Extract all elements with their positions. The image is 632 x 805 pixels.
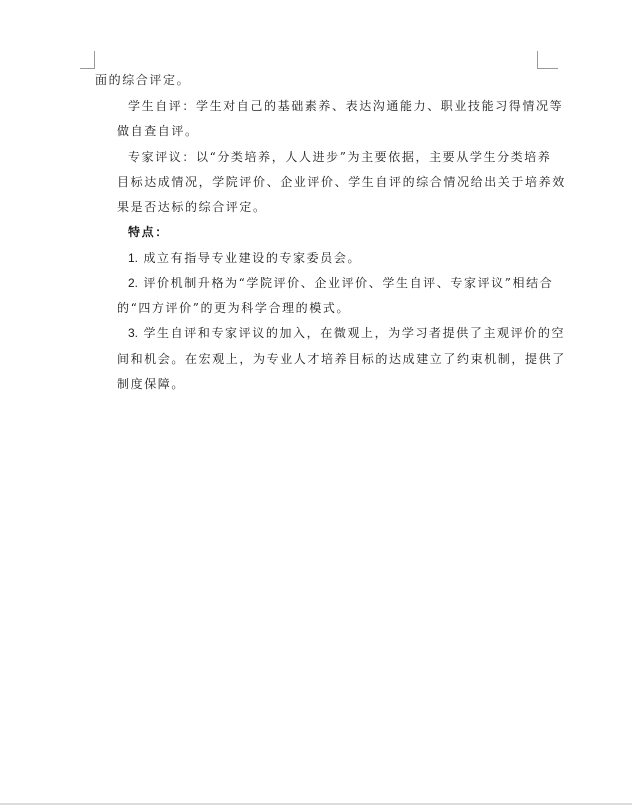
list-number: 3. <box>128 326 138 340</box>
text-line: 做自查自评。 <box>117 124 199 138</box>
paragraph-expert-review: 专家评议：以“分类培养，人人进步”为主要依据，主要从学生分类培养 <box>128 147 551 167</box>
page-corner-mark-top-left <box>80 51 95 69</box>
feature-item-3-cont: 制度保障。 <box>117 374 185 394</box>
text-line: 专家评议：以“分类培养，人人进步”为主要依据，主要从学生分类培养 <box>128 150 551 164</box>
page-corner-mark-top-right <box>537 51 558 69</box>
paragraph-expert-review-cont: 果是否达标的综合评定。 <box>117 197 267 217</box>
list-number: 1. <box>128 251 138 265</box>
text-line: 成立有指导专业建设的专家委员会。 <box>143 251 361 265</box>
text-line: 目标达成情况，学院评价、企业评价、学生自评的综合情况给出关于培养效 <box>117 175 566 189</box>
paragraph-continuation-line: 面的综合评定。 <box>95 70 190 90</box>
paragraph-student-self-evaluation: 学生自评：学生对自己的基础素养、表达沟通能力、职业技能习得情况等 <box>128 96 563 116</box>
paragraph-expert-review-cont: 目标达成情况，学院评价、企业评价、学生自评的综合情况给出关于培养效 <box>117 172 566 192</box>
list-number: 2. <box>128 276 138 290</box>
feature-item-2: 2. 评价机制升格为“学院评价、企业评价、学生自评、专家评议”相结合 <box>128 273 553 293</box>
text-line: 制度保障。 <box>117 377 185 391</box>
text-line: 学生自评和专家评议的加入，在微观上，为学习者提供了主观评价的空 <box>143 326 565 340</box>
feature-item-2-cont: 的“四方评价”的更为科学合理的模式。 <box>117 298 350 318</box>
heading-text: 特点： <box>128 225 169 239</box>
feature-item-3: 3. 学生自评和专家评议的加入，在微观上，为学习者提供了主观评价的空 <box>128 323 565 343</box>
text-line: 间和机会。在宏观上，为专业人才培养目标的达成建立了约束机制，提供了 <box>117 352 566 366</box>
text-line: 的“四方评价”的更为科学合理的模式。 <box>117 301 350 315</box>
features-heading: 特点： <box>128 222 169 242</box>
text-line: 面的综合评定。 <box>95 73 190 87</box>
text-line: 评价机制升格为“学院评价、企业评价、学生自评、专家评议”相结合 <box>143 276 553 290</box>
text-line: 学生自评：学生对自己的基础素养、表达沟通能力、职业技能习得情况等 <box>128 99 563 113</box>
feature-item-3-cont: 间和机会。在宏观上，为专业人才培养目标的达成建立了约束机制，提供了 <box>117 349 566 369</box>
feature-item-1: 1. 成立有指导专业建设的专家委员会。 <box>128 248 361 268</box>
text-line: 果是否达标的综合评定。 <box>117 200 267 214</box>
paragraph-student-self-evaluation-cont: 做自查自评。 <box>117 121 199 141</box>
document-page: 面的综合评定。 学生自评：学生对自己的基础素养、表达沟通能力、职业技能习得情况等… <box>0 0 632 805</box>
